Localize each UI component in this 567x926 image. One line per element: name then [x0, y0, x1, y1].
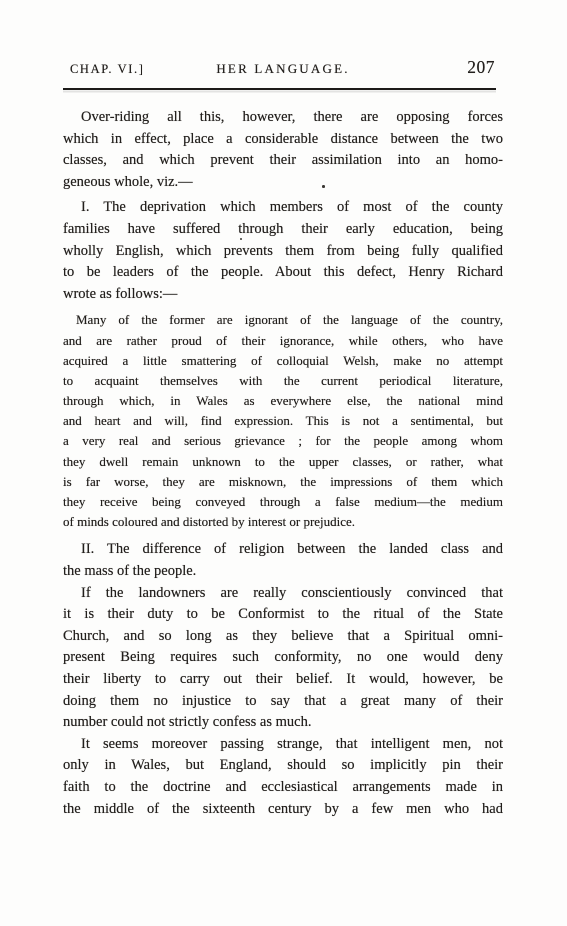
text-line: present Being requires such conformity, …	[63, 647, 503, 669]
text-line: of minds coloured and distorted by inter…	[63, 512, 503, 532]
text-line: only in Wales, but England, should so im…	[63, 755, 503, 777]
text-line: Many of the former are ignorant of the l…	[63, 310, 503, 330]
page-number: 207	[467, 57, 495, 78]
header-rule	[63, 88, 496, 90]
text-line: through which, in Wales as everywhere el…	[63, 391, 503, 411]
text-line: they dwell remain unknown to the upper c…	[63, 452, 503, 472]
scan-artifact-dot	[240, 238, 242, 240]
paragraph-passing-strange: It seems moreover passing strange, that …	[63, 734, 503, 820]
text-line: Over-riding all this, however, there are…	[63, 107, 503, 129]
text-line: the mass of the people.	[63, 561, 503, 583]
text-line: geneous whole, viz.—	[63, 172, 503, 194]
text-line: acquired a little smattering of colloqui…	[63, 351, 503, 371]
text-line: a very real and serious grievance ; for …	[63, 431, 503, 451]
text-line: the middle of the sixteenth century by a…	[63, 799, 503, 821]
text-line: If the landowners are really conscientio…	[63, 583, 503, 605]
text-line: II. The difference of religion between t…	[63, 539, 503, 561]
text-line: classes, and which prevent their assimil…	[63, 150, 503, 172]
text-line: to be leaders of the people. About this …	[63, 262, 503, 284]
text-line: and heart and will, find expression. Thi…	[63, 411, 503, 431]
text-line: number could not strictly confess as muc…	[63, 712, 503, 734]
text-line: It seems moreover passing strange, that …	[63, 734, 503, 756]
running-header: CHAP. VI.] HER LANGUAGE. 207	[0, 60, 567, 80]
page-body: Over-riding all this, however, there are…	[63, 107, 503, 820]
text-line: it is their duty to be Conformist to the…	[63, 604, 503, 626]
book-page: CHAP. VI.] HER LANGUAGE. 207 Over-riding…	[0, 0, 567, 926]
text-line: I. The deprivation which members of most…	[63, 197, 503, 219]
text-line: families have suffered through their ear…	[63, 219, 503, 241]
paragraph-religion-difference: II. The difference of religion between t…	[63, 539, 503, 582]
text-line: wholly English, which prevents them from…	[63, 241, 503, 263]
text-line: to acquaint themselves with the current …	[63, 371, 503, 391]
text-line: and are rather proud of their ignorance,…	[63, 331, 503, 351]
running-title: HER LANGUAGE.	[216, 61, 349, 77]
text-line: is far worse, they are misknown, the imp…	[63, 472, 503, 492]
text-line: they receive being conveyed through a fa…	[63, 492, 503, 512]
scan-artifact-dot	[322, 185, 325, 188]
paragraph-overriding: Over-riding all this, however, there are…	[63, 107, 503, 193]
text-line: their liberty to carry out their belief.…	[63, 669, 503, 691]
text-line: which in effect, place a considerable di…	[63, 129, 503, 151]
block-quote-henry-richard: Many of the former are ignorant of the l…	[63, 310, 503, 532]
text-line: Church, and so long as they believe that…	[63, 626, 503, 648]
text-line: faith to the doctrine and ecclesiastical…	[63, 777, 503, 799]
paragraph-deprivation: I. The deprivation which members of most…	[63, 197, 503, 305]
text-line: wrote as follows:—	[63, 284, 503, 306]
chapter-label: CHAP. VI.]	[70, 62, 144, 77]
text-line: doing them no injustice to say that a gr…	[63, 691, 503, 713]
paragraph-landowners: If the landowners are really conscientio…	[63, 583, 503, 734]
